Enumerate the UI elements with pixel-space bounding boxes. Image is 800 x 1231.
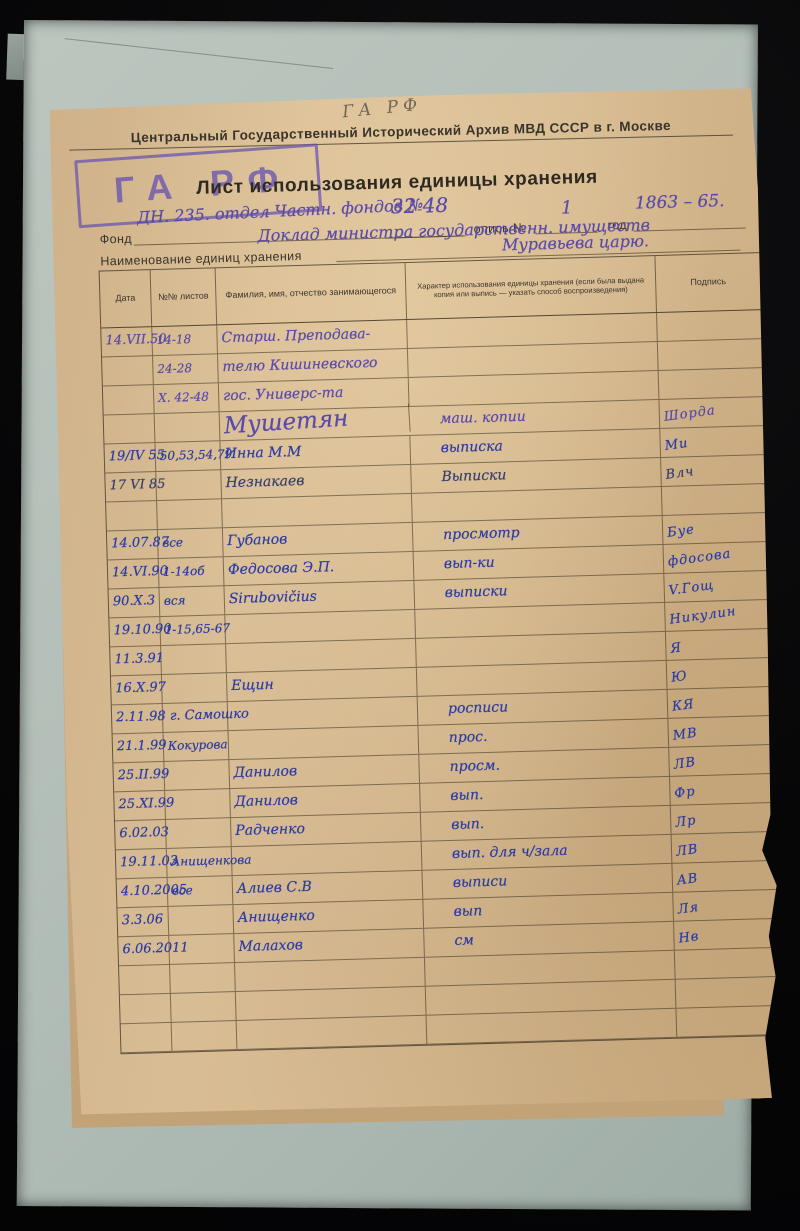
- cell-date: [120, 994, 172, 1023]
- cell-leaves: 50,53,54,79: [155, 441, 221, 471]
- cell-name: Радченко: [231, 813, 422, 846]
- cell-name: Анищенко: [233, 900, 424, 933]
- cell-leaves: 1-15,65-67: [160, 615, 226, 645]
- cell-name: [226, 639, 417, 672]
- cell-leaves: Кокурова: [164, 731, 230, 761]
- cell-leaves: 14-18: [152, 325, 218, 355]
- cell-date: 11.3.91: [110, 646, 162, 675]
- cell-leaves: [166, 818, 232, 848]
- cell-usage: [427, 1009, 678, 1044]
- cell-name: [228, 697, 419, 730]
- year-value: 1863 – 65.: [635, 191, 725, 213]
- naming-value-line2: Муравьева царю.: [502, 231, 649, 254]
- cell-date: 19/IV 55: [104, 443, 156, 472]
- cell-name: [232, 842, 423, 875]
- cell-leaves: 24-28: [153, 354, 219, 384]
- cell-name: [222, 494, 413, 527]
- cell-leaves: [168, 905, 234, 935]
- cell-leaves: [170, 963, 236, 993]
- cell-date: [102, 356, 154, 385]
- cell-date: [106, 501, 158, 530]
- cell-name: [225, 610, 416, 643]
- cell-date: [104, 414, 156, 443]
- pencil-note: ГА РФ: [341, 95, 423, 123]
- cell-name: [237, 1016, 428, 1049]
- table-body: 14.VII.50 14-18 Старш. Преподава- 24-28 …: [101, 310, 783, 1053]
- cell-name: [229, 726, 420, 759]
- cell-leaves: [155, 412, 221, 442]
- cell-date: 3.3.06: [117, 907, 169, 936]
- cell-date: [121, 1023, 173, 1052]
- cell-date: [119, 965, 171, 994]
- photo-background: ГА РФ Центральный Государственный Истори…: [0, 0, 800, 1231]
- cell-date: 25.XI.99: [114, 791, 166, 820]
- rule: [634, 228, 746, 232]
- fond-label: Фонд: [100, 232, 133, 247]
- cell-date: 21.1.99: [113, 733, 165, 762]
- archive-usage-sheet: ГА РФ Центральный Государственный Истори…: [46, 86, 784, 1117]
- cell-date: 19.10.90: [109, 617, 161, 646]
- cell-leaves: [169, 934, 235, 964]
- cell-date: 4.10.2005: [117, 878, 169, 907]
- cell-name: Sirubovičius: [224, 581, 415, 614]
- cell-date: 14.VI.90: [108, 559, 160, 588]
- cell-date: 14.07.87: [107, 530, 159, 559]
- cell-leaves: все: [158, 528, 224, 558]
- cell-name: Старш. Преподава-: [217, 320, 408, 353]
- cell-name: [236, 987, 427, 1020]
- cell-name: Ещин: [227, 668, 418, 701]
- cell-name: Данилов: [230, 784, 421, 817]
- cell-leaves: Анищенкова: [167, 847, 233, 877]
- cell-name: Инна М.М: [220, 436, 411, 469]
- cell-name: [235, 958, 426, 991]
- cell-leaves: X. 42-48: [154, 383, 220, 413]
- cell-name: Губанов: [223, 523, 414, 556]
- cell-date: 16.X.97: [111, 675, 163, 704]
- header-cell-leaves: №№ листов: [151, 268, 218, 326]
- header-cell-signature: Подпись: [655, 253, 761, 312]
- cell-name: Незнакаев: [221, 465, 412, 498]
- cell-name: Федосова Э.П.: [224, 552, 415, 585]
- cell-leaves: 1-14об: [159, 557, 225, 587]
- cell-leaves: [156, 470, 222, 500]
- cell-leaves: [163, 702, 229, 732]
- cell-date: [103, 385, 155, 414]
- cell-date: 14.VII.50: [101, 327, 153, 356]
- cell-leaves: [162, 673, 228, 703]
- usage-table: Дата №№ листов Фамилия, имя, отчество за…: [99, 252, 785, 1054]
- org-header: Центральный Государственный Исторический…: [69, 117, 733, 151]
- cell-leaves: [164, 760, 230, 790]
- cell-leaves: вся: [160, 586, 226, 616]
- cell-leaves: [171, 992, 237, 1022]
- cell-name: телю Кишиневского: [218, 349, 409, 382]
- cell-date: 90.X.3: [109, 588, 161, 617]
- cell-date: 6.06.2011: [118, 936, 170, 965]
- cell-leaves: [157, 499, 223, 529]
- cell-name: Малахов: [234, 929, 425, 962]
- cell-date: 19.11.03: [116, 849, 168, 878]
- cell-date: 17 VI 85: [105, 472, 157, 501]
- cell-date: 25.II.99: [113, 762, 165, 791]
- header-cell-name: Фамилия, имя, отчество занимающегося: [216, 263, 407, 324]
- cell-date: 2.11.98 г. Самошко: [112, 704, 164, 733]
- cell-date: 6.02.03: [115, 820, 167, 849]
- header-cell-date: Дата: [100, 270, 153, 327]
- cell-leaves: все: [168, 876, 234, 906]
- cell-name: Данилов: [229, 755, 420, 788]
- cell-leaves: [165, 789, 231, 819]
- cell-leaves: [172, 1021, 238, 1051]
- header-cell-usage: Характер использования единицы хранения …: [406, 256, 657, 319]
- cell-leaves: [161, 644, 227, 674]
- cell-name: Алиев С.В: [233, 871, 424, 904]
- fond-number: 32 48: [391, 193, 449, 219]
- opis-value: 1: [561, 197, 573, 218]
